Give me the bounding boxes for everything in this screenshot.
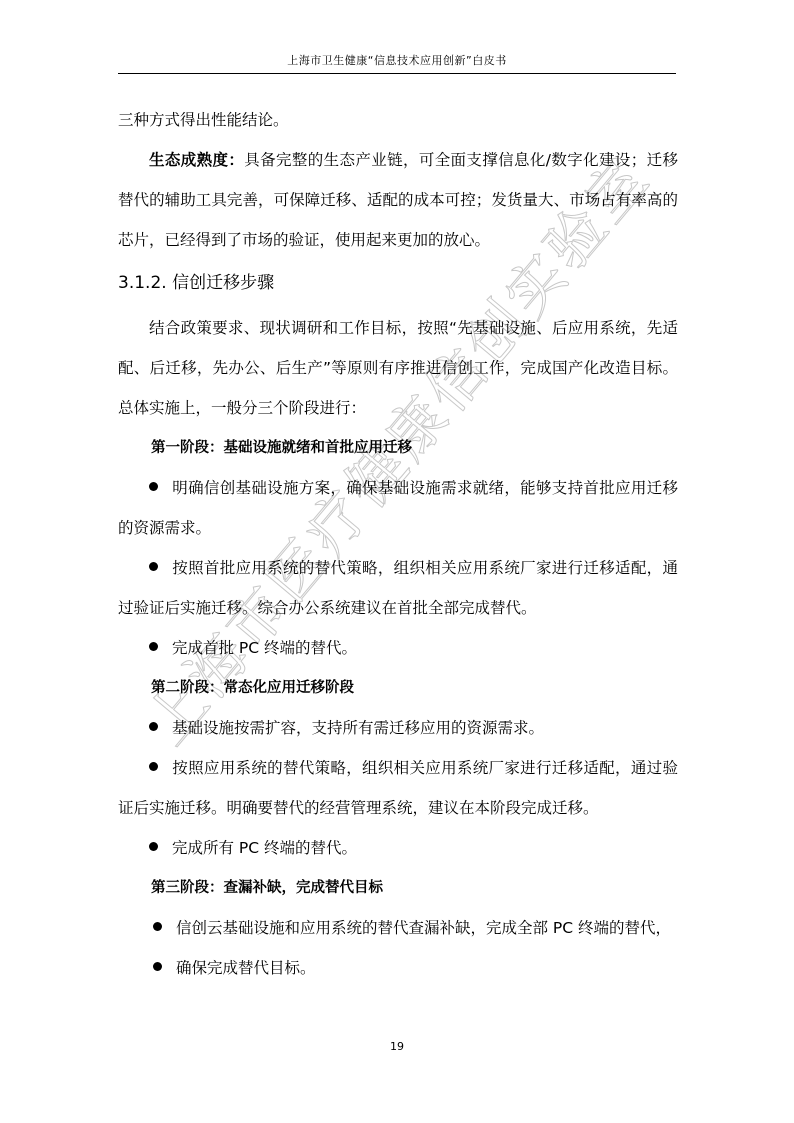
list-item: 确保完成替代目标。	[118, 948, 678, 988]
bullet-icon	[149, 562, 158, 571]
section-heading: 3.1.2. 信创迁移步骤	[118, 272, 678, 294]
list-item: 明确信创基础设施方案，确保基础设施需求就绪，能够支持首批应用迁移的资源需求。	[118, 468, 678, 548]
list-item: 按照首批应用系统的替代策略，组织相关应用系统厂家进行迁移适配，通过验证后实施迁移…	[118, 548, 678, 628]
paragraph-ecosystem-maturity: 生态成熟度：具备完整的生态产业链，可全面支撑信息化/数字化建设；迁移替代的辅助工…	[118, 140, 678, 260]
list-item: 完成首批 PC 终端的替代。	[118, 628, 678, 668]
bullet-icon	[149, 842, 158, 851]
stage-3-title: 第三阶段：查漏补缺，完成替代目标	[118, 868, 678, 908]
list-item: 信创云基础设施和应用系统的替代查漏补缺，完成全部 PC 终端的替代，	[118, 908, 678, 948]
page-number: 19	[0, 1040, 794, 1053]
list-item: 完成所有 PC 终端的替代。	[118, 828, 678, 868]
paragraph-continuation: 三种方式得出性能结论。	[118, 100, 678, 140]
term-label: 生态成熟度：	[149, 151, 244, 169]
paragraph-intro: 结合政策要求、现状调研和工作目标，按照“先基础设施、后应用系统，先适配、后迁移，…	[118, 308, 678, 428]
bullet-icon	[153, 922, 162, 931]
bullet-icon	[149, 642, 158, 651]
list-item: 基础设施按需扩容，支持所有需迁移应用的资源需求。	[118, 708, 678, 748]
list-item: 按照应用系统的替代策略，组织相关应用系统厂家进行迁移适配，通过验证后实施迁移。明…	[118, 748, 678, 828]
running-header: 上海市卫生健康“信息技术应用创新”白皮书	[118, 52, 676, 68]
bullet-icon	[149, 762, 158, 771]
stage-2-title: 第二阶段：常态化应用迁移阶段	[118, 668, 678, 708]
section-title: 信创迁移步骤	[172, 273, 274, 293]
section-number: 3.1.2.	[118, 273, 167, 293]
bullet-icon	[149, 722, 158, 731]
page-body: 三种方式得出性能结论。 生态成熟度：具备完整的生态产业链，可全面支撑信息化/数字…	[118, 100, 678, 988]
header-divider	[118, 73, 676, 74]
bullet-icon	[149, 482, 158, 491]
bullet-icon	[153, 962, 162, 971]
stage-1-title: 第一阶段：基础设施就绪和首批应用迁移	[118, 428, 678, 468]
